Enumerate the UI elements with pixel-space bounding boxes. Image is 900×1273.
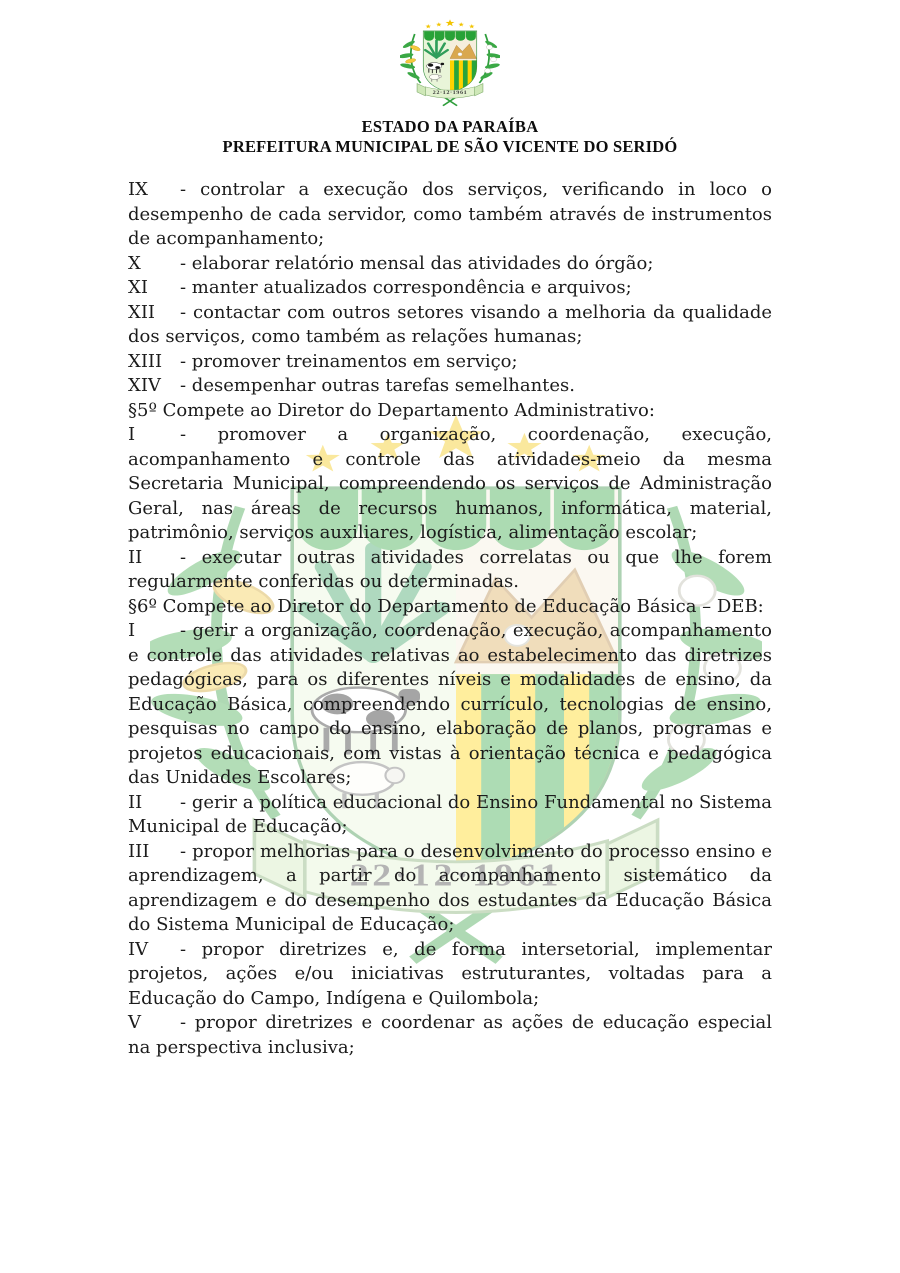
list-item: II- gerir a política educacional do Ensi… [128,791,772,840]
item-text: - desempenhar outras tarefas semelhantes… [180,375,575,396]
item-numeral: I [128,423,180,448]
list-item: XII- contactar com outros setores visand… [128,301,772,350]
item-text: - executar outras atividades correlatas … [128,547,772,593]
list-item: XI- manter atualizados correspondência e… [128,276,772,301]
item-numeral: IV [128,938,180,963]
list-item: I- gerir a organização, coordenação, exe… [128,619,772,791]
document-page: ESTADO DA PARAÍBA PREFEITURA MUNICIPAL D… [0,0,900,1273]
section-heading: §6º Compete ao Diretor do Departamento d… [128,595,772,620]
item-text: - controlar a execução dos serviços, ver… [128,179,772,249]
list-item: III- propor melhorias para o desenvolvim… [128,840,772,938]
municipality-title: PREFEITURA MUNICIPAL DE SÃO VICENTE DO S… [0,137,900,157]
item-numeral: XIII [128,350,180,375]
list-item: XIII- promover treinamentos em serviço; [128,350,772,375]
list-item: XIV- desempenhar outras tarefas semelhan… [128,374,772,399]
item-text: - manter atualizados correspondência e a… [180,277,632,298]
list-item: V- propor diretrizes e coordenar as açõe… [128,1011,772,1060]
item-text: - promover a organização, coordenação, e… [128,424,772,543]
item-numeral: XIV [128,374,180,399]
list-item: IV- propor diretrizes e, de forma inters… [128,938,772,1012]
item-text: - promover treinamentos em serviço; [180,351,518,372]
document-body: IX- controlar a execução dos serviços, v… [128,178,772,1060]
coat-of-arms-icon [400,17,500,109]
item-numeral: XI [128,276,180,301]
section-heading: §5º Compete ao Diretor do Departamento A… [128,399,772,424]
item-text: - gerir a organização, coordenação, exec… [128,620,772,788]
item-numeral: I [128,619,180,644]
item-text: - propor diretrizes e coordenar as ações… [128,1012,772,1058]
state-title: ESTADO DA PARAÍBA [0,117,900,137]
item-numeral: X [128,252,180,277]
item-numeral: II [128,791,180,816]
list-item: X- elaborar relatório mensal das ativida… [128,252,772,277]
item-text: - contactar com outros setores visando a… [128,302,772,348]
item-numeral: IX [128,178,180,203]
list-item: I- promover a organização, coordenação, … [128,423,772,546]
item-numeral: XII [128,301,180,326]
list-item: II- executar outras atividades correlata… [128,546,772,595]
item-text: - propor melhorias para o desenvolviment… [128,841,772,936]
item-text: - elaborar relatório mensal das atividad… [180,253,653,274]
item-numeral: V [128,1011,180,1036]
document-header: ESTADO DA PARAÍBA PREFEITURA MUNICIPAL D… [0,0,900,157]
item-numeral: II [128,546,180,571]
item-text: - gerir a política educacional do Ensino… [128,792,772,838]
item-numeral: III [128,840,180,865]
item-text: - propor diretrizes e, de forma interset… [128,939,772,1009]
list-item: IX- controlar a execução dos serviços, v… [128,178,772,252]
